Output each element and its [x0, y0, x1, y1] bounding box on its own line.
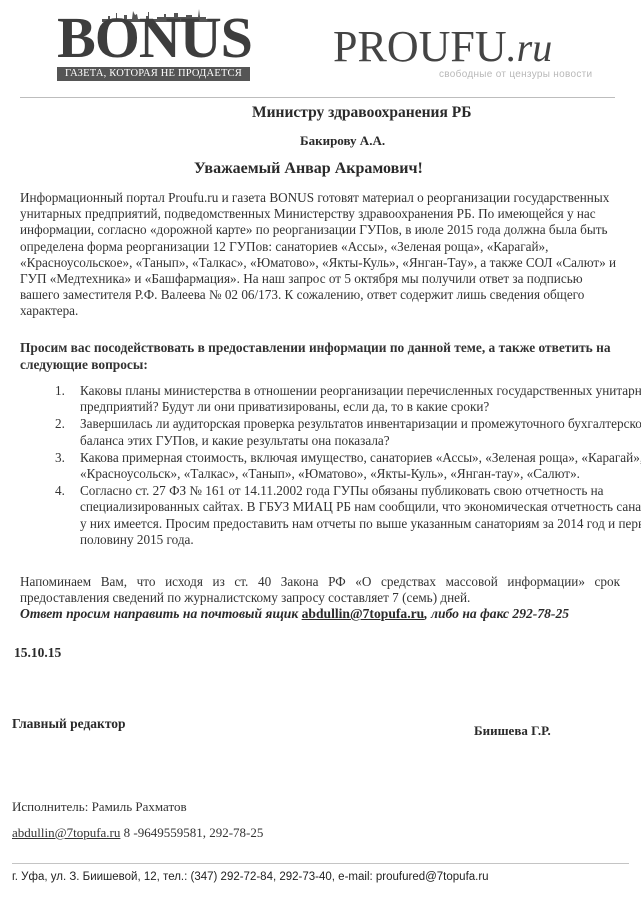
executor-email-link[interactable]: abdullin@7topufa.ru: [12, 825, 120, 840]
footer-contacts: г. Уфа, ул. З. Биишевой, 12, тел.: (347)…: [12, 871, 489, 883]
bonus-tagline: ГАЗЕТА, КОТОРАЯ НЕ ПРОДАЕТСЯ: [57, 67, 250, 81]
question-item: 1.Каковы планы министерства в отношении …: [80, 383, 641, 415]
letter-date: 15.10.15: [14, 645, 61, 661]
addressee-title: Министру здравоохранения РБ: [252, 104, 471, 122]
bonus-logo: BONUS ГАЗЕТА, КОТОРАЯ НЕ ПРОДАЕТСЯ: [57, 6, 252, 78]
questions-list: 1.Каковы планы министерства в отношении …: [20, 383, 641, 549]
addressee-name: Бакирову А.А.: [300, 133, 385, 149]
proufu-logo-suffix: .ru: [507, 25, 553, 70]
question-item: 2.Завершилась ли аудиторская проверка ре…: [80, 416, 641, 448]
bonus-logo-text: BONUS: [57, 10, 252, 66]
proufu-logo: PROUFU.ru свободные от цензуры новости: [333, 24, 603, 84]
question-item: 3.Какова примерная стоимость, включая им…: [80, 450, 641, 482]
salutation: Уважаемый Анвар Акрамович!: [194, 160, 423, 178]
reply-instructions: Ответ просим направить на почтовый ящик …: [20, 606, 569, 622]
proufu-tagline: свободные от цензуры новости: [439, 69, 592, 80]
request-paragraph: Просим вас посодействовать в предоставле…: [20, 340, 620, 373]
proufu-logo-text: PROUFU.ru: [333, 24, 552, 71]
reply-email-link[interactable]: abdullin@7topufa.ru: [302, 606, 425, 621]
executor-contact: abdullin@7topufa.ru 8 -9649559581, 292-7…: [12, 825, 263, 841]
executor-phones: 8 -9649559581, 292-78-25: [120, 825, 263, 840]
executor-label: Исполнитель: Рамиль Рахматов: [12, 799, 187, 815]
question-item: 4.Согласно ст. 27 ФЗ № 161 от 14.11.2002…: [80, 483, 641, 548]
footer-divider: [12, 863, 629, 864]
signature-position: Главный редактор: [12, 716, 126, 732]
intro-paragraph: Информационный портал Proufu.ru и газета…: [20, 190, 620, 320]
signature-name: Биишева Г.Р.: [474, 723, 551, 739]
reminder-paragraph: Напоминаем Вам, что исходя из ст. 40 Зак…: [20, 574, 620, 606]
header-divider: [20, 97, 615, 98]
